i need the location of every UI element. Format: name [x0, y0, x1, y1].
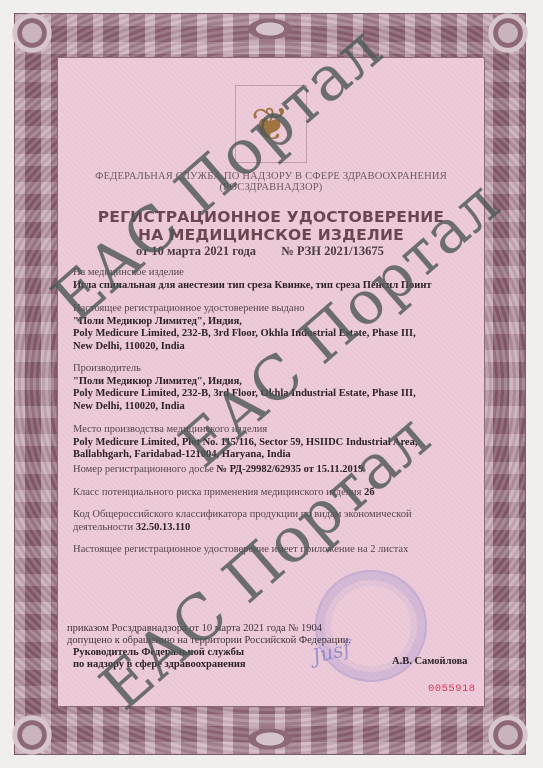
device-label: На медицинское изделие [73, 267, 483, 280]
certificate-number: № РЗН 2021/13675 [281, 244, 384, 258]
order-line-1: приказом Росздравнадзора от 10 марта 202… [67, 623, 322, 635]
corner-ornament [485, 10, 531, 56]
order-line-2: допущено к обращению на территории Росси… [67, 635, 351, 647]
device-section: На медицинское изделие Игла спинальная д… [73, 267, 483, 292]
corner-ornament [485, 712, 531, 758]
issued-line-3: New Delhi, 110020, India [73, 341, 185, 352]
risk-class-label: Класс потенциального риска применения ме… [73, 487, 361, 498]
manufacturer-label: Производитель [73, 363, 483, 376]
issued-section: Настоящее регистрационное удостоверение … [73, 303, 483, 353]
issued-label: Настоящее регистрационное удостоверение … [73, 303, 483, 316]
device-value: Игла спинальная для анестезии тип среза … [73, 280, 432, 291]
certificate-date: от 10 марта 2021 года [136, 244, 256, 258]
okpd-section: Код Общероссийского классификатора проду… [73, 509, 483, 534]
corner-ornament [9, 10, 55, 56]
signer-name: А.В. Самойлова [392, 656, 467, 667]
dossier-value: № РД-29982/62935 от 15.11.2019 [216, 464, 363, 475]
border-ornament-top [242, 16, 298, 42]
document-title: РЕГИСТРАЦИОННОЕ УДОСТОВЕРЕНИЕ [57, 208, 485, 226]
serial-number: 0055918 [428, 683, 476, 695]
manufacturer-line-2: Poly Medicure Limited, 232-B, 3rd Floor,… [73, 388, 416, 399]
manufacturer-line-1: "Поли Медикюр Лимитед", Индия, [73, 376, 242, 387]
coat-of-arms-icon: ❦ [246, 90, 294, 160]
production-site-section: Место производства медицинского изделия … [73, 424, 483, 462]
issued-line-2: Poly Medicure Limited, 232-B, 3rd Floor,… [73, 328, 416, 339]
agency-name: ФЕДЕРАЛЬНАЯ СЛУЖБА ПО НАДЗОРУ В СФЕРЕ ЗД… [57, 171, 485, 182]
okpd-label-1: Код Общероссийского классификатора проду… [73, 509, 483, 522]
manufacturer-line-3: New Delhi, 110020, India [73, 401, 185, 412]
dossier-label: Номер регистрационного досье [73, 464, 214, 475]
certificate-date-number: от 10 марта 2021 года № РЗН 2021/13675 [136, 244, 384, 259]
production-site-line-1: Poly Medicure Limited, Plot No. 115/116,… [73, 437, 417, 448]
production-site-label: Место производства медицинского изделия [73, 424, 483, 437]
document-subtitle: НА МЕДИЦИНСКОЕ ИЗДЕЛИЕ [57, 226, 485, 244]
corner-ornament [9, 712, 55, 758]
signer-title-line-2: по надзору в сфере здравоохранения [73, 659, 246, 671]
okpd-value: 32.50.13.110 [136, 522, 191, 533]
issued-line-1: "Поли Медикюр Лимитед", Индия, [73, 316, 242, 327]
appendix-note: Настоящее регистрационное удостоверение … [73, 544, 483, 557]
risk-class-section: Класс потенциального риска применения ме… [73, 487, 483, 500]
production-site-line-2: Ballabhgarh, Faridabad-121004, Haryana, … [73, 449, 291, 460]
risk-class-value: 2б [364, 487, 375, 498]
signer-title-line-1: Руководитель Федеральной службы [73, 647, 244, 659]
okpd-label-2: деятельности [73, 522, 133, 533]
dossier-section: Номер регистрационного досье № РД-29982/… [73, 464, 483, 477]
appendix-text: Настоящее регистрационное удостоверение … [73, 544, 408, 555]
border-ornament-bottom [242, 726, 298, 752]
manufacturer-section: Производитель "Поли Медикюр Лимитед", Ин… [73, 363, 483, 413]
agency-abbreviation: (РОСЗДРАВНАДЗОР) [57, 182, 485, 193]
